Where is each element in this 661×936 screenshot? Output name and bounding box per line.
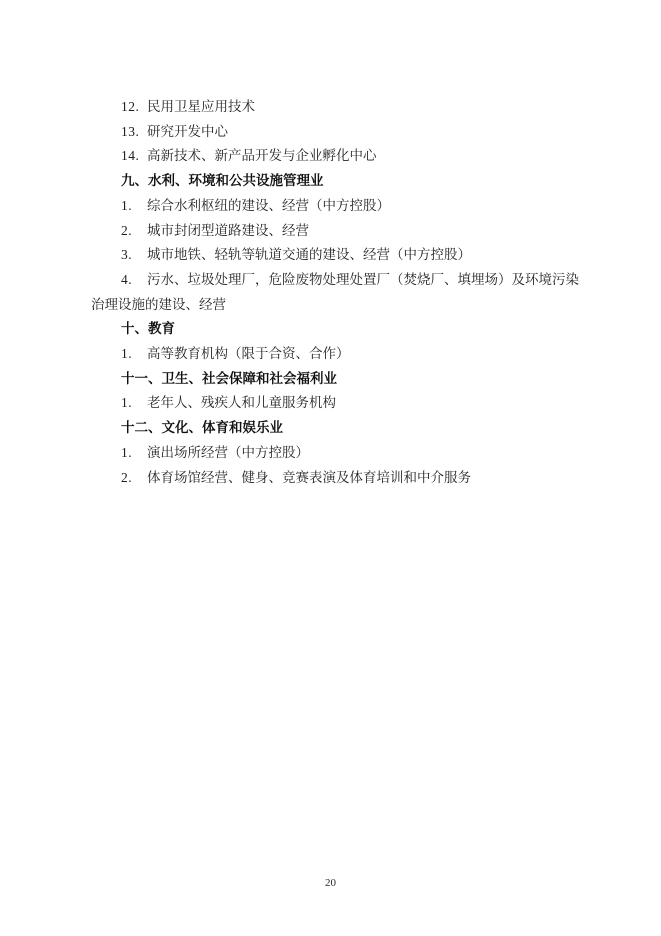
list-item: 13.研究开发中心 bbox=[91, 120, 573, 145]
item-number: 3. bbox=[121, 243, 147, 268]
document-page: 12.民用卫星应用技术13.研究开发中心14.高新技术、新产品开发与企业孵化中心… bbox=[0, 0, 661, 936]
list-item: 2.城市封闭型道路建设、经营 bbox=[91, 219, 573, 244]
list-item: 2.体育场馆经营、健身、竞赛表演及体育培训和中介服务 bbox=[91, 466, 573, 491]
section-heading: 十二、文化、体育和娱乐业 bbox=[91, 416, 573, 441]
item-number: 2. bbox=[121, 466, 147, 491]
section-heading: 十一、卫生、社会保障和社会福利业 bbox=[91, 367, 573, 392]
list-item: 1.高等教育机构（限于合资、合作） bbox=[91, 342, 573, 367]
item-number: 1. bbox=[121, 194, 147, 219]
item-number: 2. bbox=[121, 219, 147, 244]
list-item: 12.民用卫星应用技术 bbox=[91, 95, 573, 120]
item-number: 1. bbox=[121, 391, 147, 416]
line-text: 综合水利枢纽的建设、经营（中方控股） bbox=[147, 198, 390, 213]
line-text: 体育场馆经营、健身、竞赛表演及体育培训和中介服务 bbox=[147, 470, 471, 485]
section-heading: 九、水利、环境和公共设施管理业 bbox=[91, 169, 573, 194]
line-text: 高等教育机构（限于合资、合作） bbox=[147, 346, 350, 361]
line-text: 污水、垃圾处理厂，危险废物处理处置厂（焚烧厂、填埋场）及环境污染 bbox=[147, 272, 579, 287]
list-item: 3.城市地铁、轻轨等轨道交通的建设、经营（中方控股） bbox=[91, 243, 573, 268]
line-text: 高新技术、新产品开发与企业孵化中心 bbox=[147, 148, 377, 163]
line-text: 城市地铁、轻轨等轨道交通的建设、经营（中方控股） bbox=[147, 247, 471, 262]
document-content: 12.民用卫星应用技术13.研究开发中心14.高新技术、新产品开发与企业孵化中心… bbox=[91, 95, 573, 490]
line-text: 演出场所经营（中方控股） bbox=[147, 445, 309, 460]
list-item: 1.老年人、残疾人和儿童服务机构 bbox=[91, 391, 573, 416]
page-number: 20 bbox=[0, 877, 661, 889]
continuation-line: 治理设施的建设、经营 bbox=[91, 293, 573, 318]
item-number: 1. bbox=[121, 441, 147, 466]
item-number: 13. bbox=[121, 120, 147, 145]
line-text: 民用卫星应用技术 bbox=[147, 99, 255, 114]
list-item: 14.高新技术、新产品开发与企业孵化中心 bbox=[91, 144, 573, 169]
line-text: 老年人、残疾人和儿童服务机构 bbox=[147, 395, 336, 410]
document-lines: 12.民用卫星应用技术13.研究开发中心14.高新技术、新产品开发与企业孵化中心… bbox=[91, 95, 573, 490]
item-number: 4. bbox=[121, 268, 147, 293]
list-item: 4.污水、垃圾处理厂，危险废物处理处置厂（焚烧厂、填埋场）及环境污染 bbox=[91, 268, 573, 293]
section-heading: 十、教育 bbox=[91, 317, 573, 342]
item-number: 14. bbox=[121, 144, 147, 169]
line-text: 城市封闭型道路建设、经营 bbox=[147, 223, 309, 238]
list-item: 1.演出场所经营（中方控股） bbox=[91, 441, 573, 466]
item-number: 12. bbox=[121, 95, 147, 120]
item-number: 1. bbox=[121, 342, 147, 367]
line-text: 研究开发中心 bbox=[147, 124, 228, 139]
list-item: 1.综合水利枢纽的建设、经营（中方控股） bbox=[91, 194, 573, 219]
